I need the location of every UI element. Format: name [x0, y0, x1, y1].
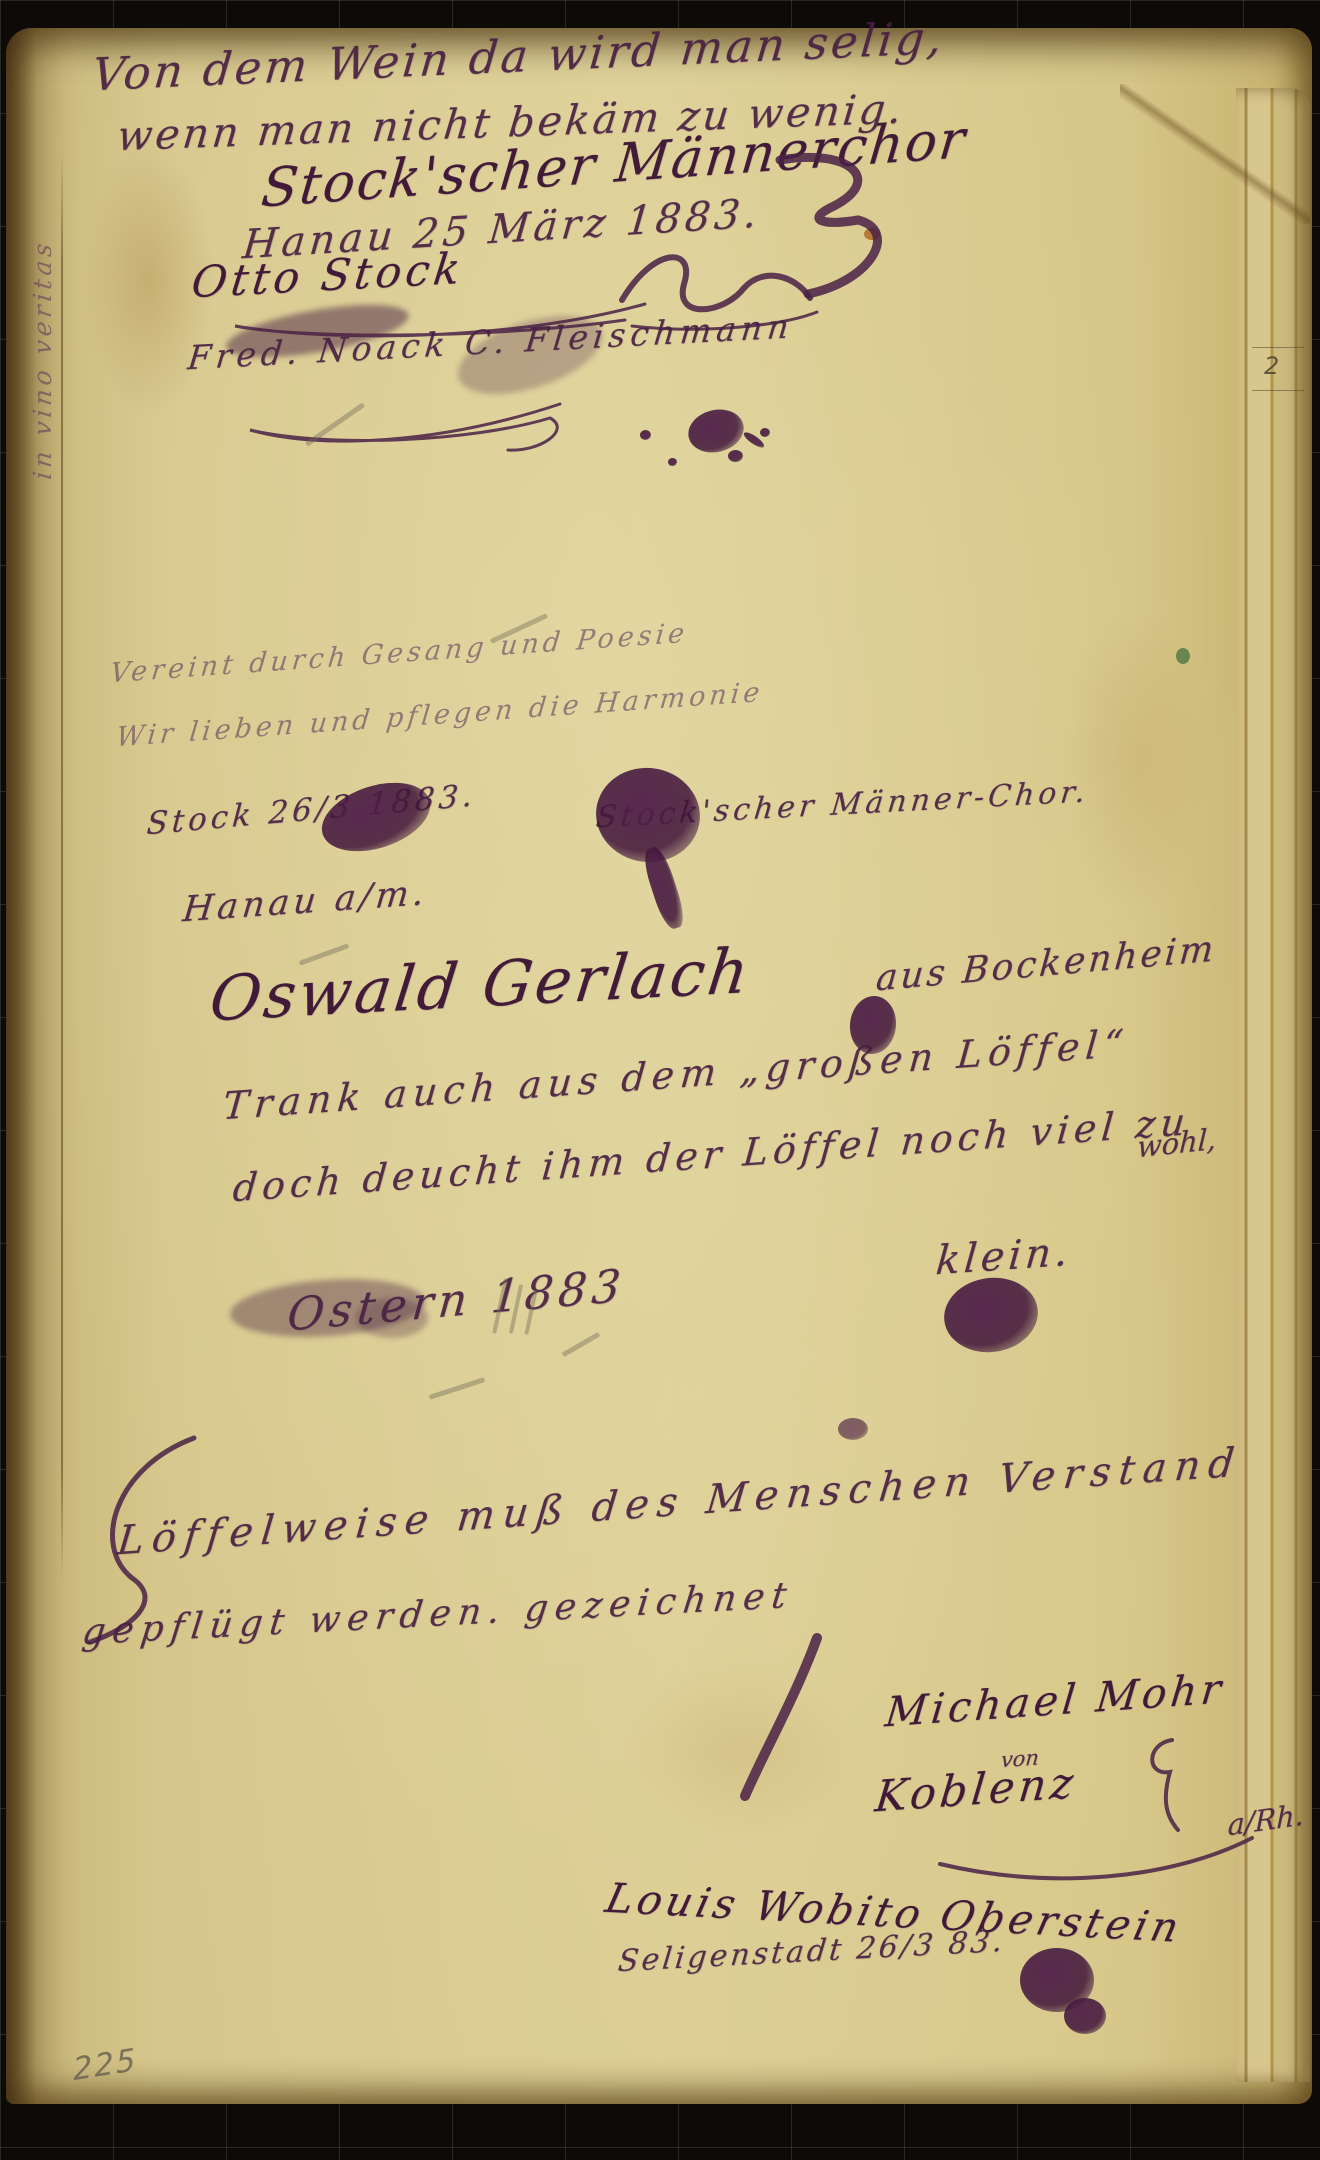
page-crease: [61, 150, 63, 1580]
edge-rule-line: [1252, 390, 1304, 391]
ink-blot: [760, 428, 770, 437]
paper-stain: [1060, 600, 1210, 920]
ink-blot: [668, 458, 677, 466]
margin-note: in vino veritas: [28, 238, 57, 481]
ink-blot: [1064, 1998, 1106, 2034]
ink-blot: [838, 1418, 868, 1440]
koblenz-flourish: [930, 1826, 1260, 1896]
co-signature-flourish: [240, 392, 580, 462]
edge-mark: 2: [1264, 352, 1279, 380]
pen-stroke-flourish: [735, 1632, 830, 1807]
ink-blot: [640, 430, 651, 440]
ink-smear: [356, 1298, 428, 1338]
page-stack-edge: [1236, 88, 1310, 2082]
edge-rule-line: [1252, 347, 1304, 348]
ink-blot: [728, 450, 743, 462]
gerlach-verse-line3: klein.: [934, 1229, 1074, 1285]
nine-flourish: [1140, 1732, 1190, 1837]
folded-corner: [1120, 84, 1310, 224]
scanned-album-page-photo: in vino veritas Von dem Wein da wird man…: [0, 0, 1320, 2160]
green-fleck: [1176, 648, 1190, 664]
